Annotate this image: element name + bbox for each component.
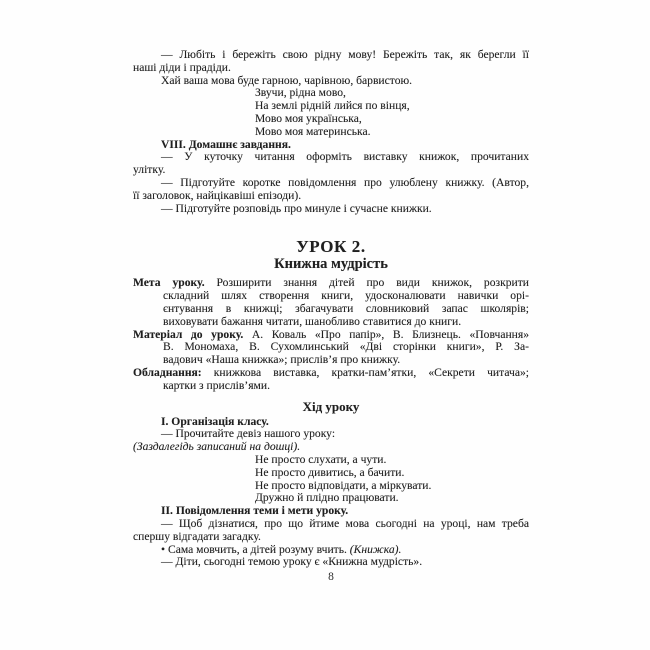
text-segment: картки з прислів’ями. [163, 379, 270, 392]
text-segment: (Заздалегідь записаний на дошці). [133, 440, 300, 453]
text-segment: Хай ваша мова буде гарною, чарівною, бар… [161, 74, 412, 87]
text-segment: — Прочитайте девіз нашого уроку: [161, 427, 335, 440]
text-segment: складний шлях створення книги, удосконал… [163, 289, 529, 302]
lesson-subtitle: Книжна мудрість [133, 256, 529, 272]
text-segment: Розширити знання дітей про види книжок, … [205, 276, 529, 289]
text-segment: Мета уроку. [133, 276, 205, 289]
text-line: — Діти, сьогодні темою уроку є «Книжна м… [133, 556, 529, 569]
text-segment: Не просто дивитись, а бачити. [255, 466, 404, 479]
text-segment: Не просто слухати, а чути. [255, 453, 386, 466]
text-segment: Матеріал до уроку. [133, 328, 243, 341]
text-segment: В. Мономаха, В. Сухомлинський «Дві сторі… [163, 340, 529, 353]
text-segment: Хід уроку [303, 399, 360, 414]
text-segment: Книжна мудрість [274, 256, 388, 272]
text-line: картки з прислів’ями. [133, 380, 529, 393]
text-line: — У куточку читання оформіть виставку кн… [133, 151, 529, 164]
section-heading: Хід уроку [133, 400, 529, 414]
lesson-title: УРОК 2. [133, 237, 529, 256]
text-segment: II. Повідомлення теми і мети уроку. [161, 504, 348, 517]
text-segment: Не просто відповідати, а міркувати. [255, 479, 431, 492]
text-segment: Звучи, рідна мово, [255, 86, 346, 99]
text-segment: VIII. Домашнє завдання. [161, 138, 291, 151]
text-segment: Дружно й плідно працювати. [255, 491, 399, 504]
text-segment: На землі рідній лийся по вінця, [255, 99, 410, 112]
text-segment: — У куточку читання оформіть виставку кн… [161, 150, 529, 163]
text-segment: улітку. [133, 163, 165, 176]
text-segment: А. Коваль «Про папір», В. Близнець. «Пов… [243, 328, 529, 341]
text-segment: • Сама мовчить, а дітей розуму вчить. [161, 543, 350, 556]
text-segment: виховувати бажання читати, шанобливо ста… [163, 315, 461, 328]
text-column: — Любіть і бережіть свою рідну мову! Бер… [133, 49, 529, 569]
text-segment: вадович «Наша книжка»; прислів’я про кни… [163, 353, 400, 366]
text-segment: — Любіть і бережіть свою рідну мову! Бер… [161, 48, 529, 61]
text-segment: наші діди і прадіди. [133, 61, 231, 74]
text-segment: спершу відгадати загадку. [133, 530, 261, 543]
text-segment: — Діти, сьогодні темою уроку є «Книжна м… [161, 555, 422, 568]
text-segment: УРОК 2. [296, 237, 366, 256]
text-segment: — Підготуйте коротке повідомлення про ул… [161, 176, 529, 189]
text-segment: її заголовок, найцікавіші епізоди). [133, 189, 301, 202]
text-segment: Мово моя українська, [255, 112, 362, 125]
text-segment: — Щоб дізнатися, про що йтиме мова сього… [161, 517, 529, 530]
text-segment: Обладнання: [133, 366, 202, 379]
text-segment: (Книжка). [350, 543, 402, 556]
text-segment: Мово моя материнська. [255, 125, 371, 138]
book-page: — Любіть і бережіть свою рідну мову! Бер… [0, 0, 650, 650]
text-segment: I. Організація класу. [161, 415, 269, 428]
text-line: — Підготуйте розповідь про минуле і суча… [133, 203, 529, 216]
text-segment: книжкова виставка, кратки-пам’ятки, «Сек… [202, 366, 529, 379]
text-segment: єнтування в книжці; збагачувати словнико… [163, 302, 529, 315]
text-segment: — Підготуйте розповідь про минуле і суча… [161, 202, 432, 215]
page-number: 8 [133, 571, 529, 584]
